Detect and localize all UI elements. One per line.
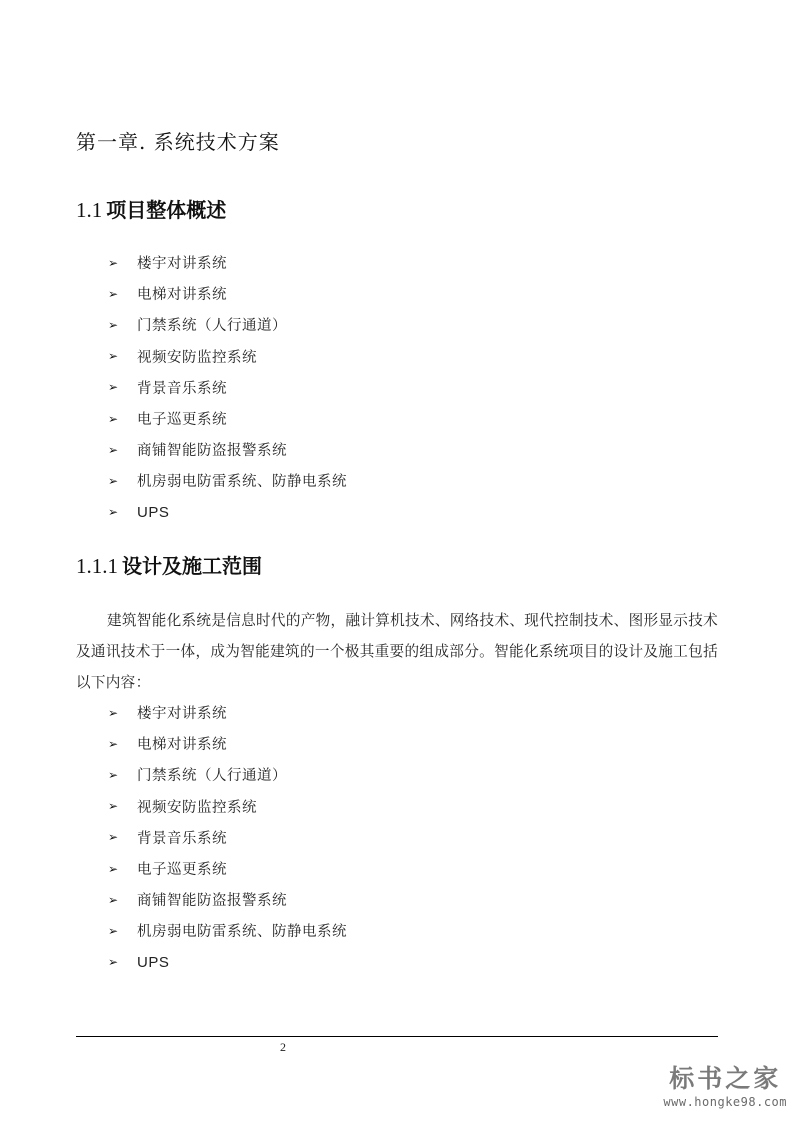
- arrow-bullet-icon: ➢: [108, 318, 137, 332]
- list-item: ➢商铺智能防盗报警系统: [108, 434, 347, 465]
- list-item: ➢楼宇对讲系统: [108, 247, 347, 278]
- section-number: 1.1.1: [76, 554, 118, 578]
- arrow-bullet-icon: ➢: [108, 706, 137, 720]
- watermark: 标书之家 www.hongke98.com: [663, 1064, 787, 1110]
- footer-divider: [76, 1036, 718, 1037]
- section-number: 1.1: [76, 198, 102, 222]
- list-item-label: UPS: [137, 504, 169, 521]
- arrow-bullet-icon: ➢: [108, 412, 137, 426]
- list-item-label: UPS: [137, 954, 169, 971]
- list-item: ➢商铺智能防盗报警系统: [108, 884, 347, 915]
- list-item: ➢UPS: [108, 497, 347, 528]
- list-item-label: 视频安防监控系统: [137, 796, 257, 817]
- list-item-label: 楼宇对讲系统: [137, 702, 227, 723]
- list-item-label: 门禁系统（人行通道）: [137, 764, 287, 785]
- section-heading-1-1: 1.1项目整体概述: [76, 196, 226, 224]
- watermark-logo-text: 标书之家: [663, 1064, 787, 1094]
- list-item-label: 视频安防监控系统: [137, 346, 257, 367]
- scope-paragraph: 建筑智能化系统是信息时代的产物，融计算机技术、网络技术、现代控制技术、图形显示技…: [76, 605, 718, 698]
- list-item: ➢背景音乐系统: [108, 822, 347, 853]
- list-item: ➢门禁系统（人行通道）: [108, 759, 347, 790]
- list-item: ➢电子巡更系统: [108, 403, 347, 434]
- list-item: ➢电子巡更系统: [108, 853, 347, 884]
- list-item: ➢机房弱电防雷系统、防静电系统: [108, 465, 347, 496]
- list-item: ➢电梯对讲系统: [108, 728, 347, 759]
- arrow-bullet-icon: ➢: [108, 893, 137, 907]
- section-title-text: 项目整体概述: [106, 198, 226, 222]
- list-item: ➢视频安防监控系统: [108, 341, 347, 372]
- list-item-label: 电梯对讲系统: [137, 733, 227, 754]
- list-item-label: 楼宇对讲系统: [137, 252, 227, 273]
- design-scope-list: ➢楼宇对讲系统 ➢电梯对讲系统 ➢门禁系统（人行通道） ➢视频安防监控系统 ➢背…: [108, 697, 347, 978]
- arrow-bullet-icon: ➢: [108, 737, 137, 751]
- arrow-bullet-icon: ➢: [108, 256, 137, 270]
- arrow-bullet-icon: ➢: [108, 380, 137, 394]
- arrow-bullet-icon: ➢: [108, 505, 137, 519]
- list-item-label: 背景音乐系统: [137, 377, 227, 398]
- arrow-bullet-icon: ➢: [108, 474, 137, 488]
- list-item-label: 背景音乐系统: [137, 827, 227, 848]
- list-item-label: 电梯对讲系统: [137, 283, 227, 304]
- watermark-url: www.hongke98.com: [663, 1094, 787, 1110]
- project-overview-list: ➢楼宇对讲系统 ➢电梯对讲系统 ➢门禁系统（人行通道） ➢视频安防监控系统 ➢背…: [108, 247, 347, 528]
- section-title-text: 设计及施工范围: [122, 554, 262, 578]
- list-item-label: 机房弱电防雷系统、防静电系统: [137, 920, 347, 941]
- list-item-label: 门禁系统（人行通道）: [137, 314, 287, 335]
- section-heading-1-1-1: 1.1.1设计及施工范围: [76, 552, 262, 580]
- chapter-title: 第一章. 系统技术方案: [76, 128, 280, 156]
- list-item-label: 商铺智能防盗报警系统: [137, 439, 287, 460]
- list-item-label: 电子巡更系统: [137, 858, 227, 879]
- arrow-bullet-icon: ➢: [108, 443, 137, 457]
- list-item: ➢楼宇对讲系统: [108, 697, 347, 728]
- list-item-label: 电子巡更系统: [137, 408, 227, 429]
- arrow-bullet-icon: ➢: [108, 768, 137, 782]
- list-item: ➢视频安防监控系统: [108, 791, 347, 822]
- list-item: ➢电梯对讲系统: [108, 278, 347, 309]
- page-number: 2: [280, 1040, 286, 1055]
- arrow-bullet-icon: ➢: [108, 955, 137, 969]
- arrow-bullet-icon: ➢: [108, 349, 137, 363]
- list-item-label: 商铺智能防盗报警系统: [137, 889, 287, 910]
- arrow-bullet-icon: ➢: [108, 862, 137, 876]
- list-item: ➢UPS: [108, 947, 347, 978]
- list-item-label: 机房弱电防雷系统、防静电系统: [137, 470, 347, 491]
- list-item: ➢门禁系统（人行通道）: [108, 309, 347, 340]
- arrow-bullet-icon: ➢: [108, 830, 137, 844]
- list-item: ➢背景音乐系统: [108, 372, 347, 403]
- arrow-bullet-icon: ➢: [108, 287, 137, 301]
- list-item: ➢机房弱电防雷系统、防静电系统: [108, 915, 347, 946]
- arrow-bullet-icon: ➢: [108, 924, 137, 938]
- arrow-bullet-icon: ➢: [108, 799, 137, 813]
